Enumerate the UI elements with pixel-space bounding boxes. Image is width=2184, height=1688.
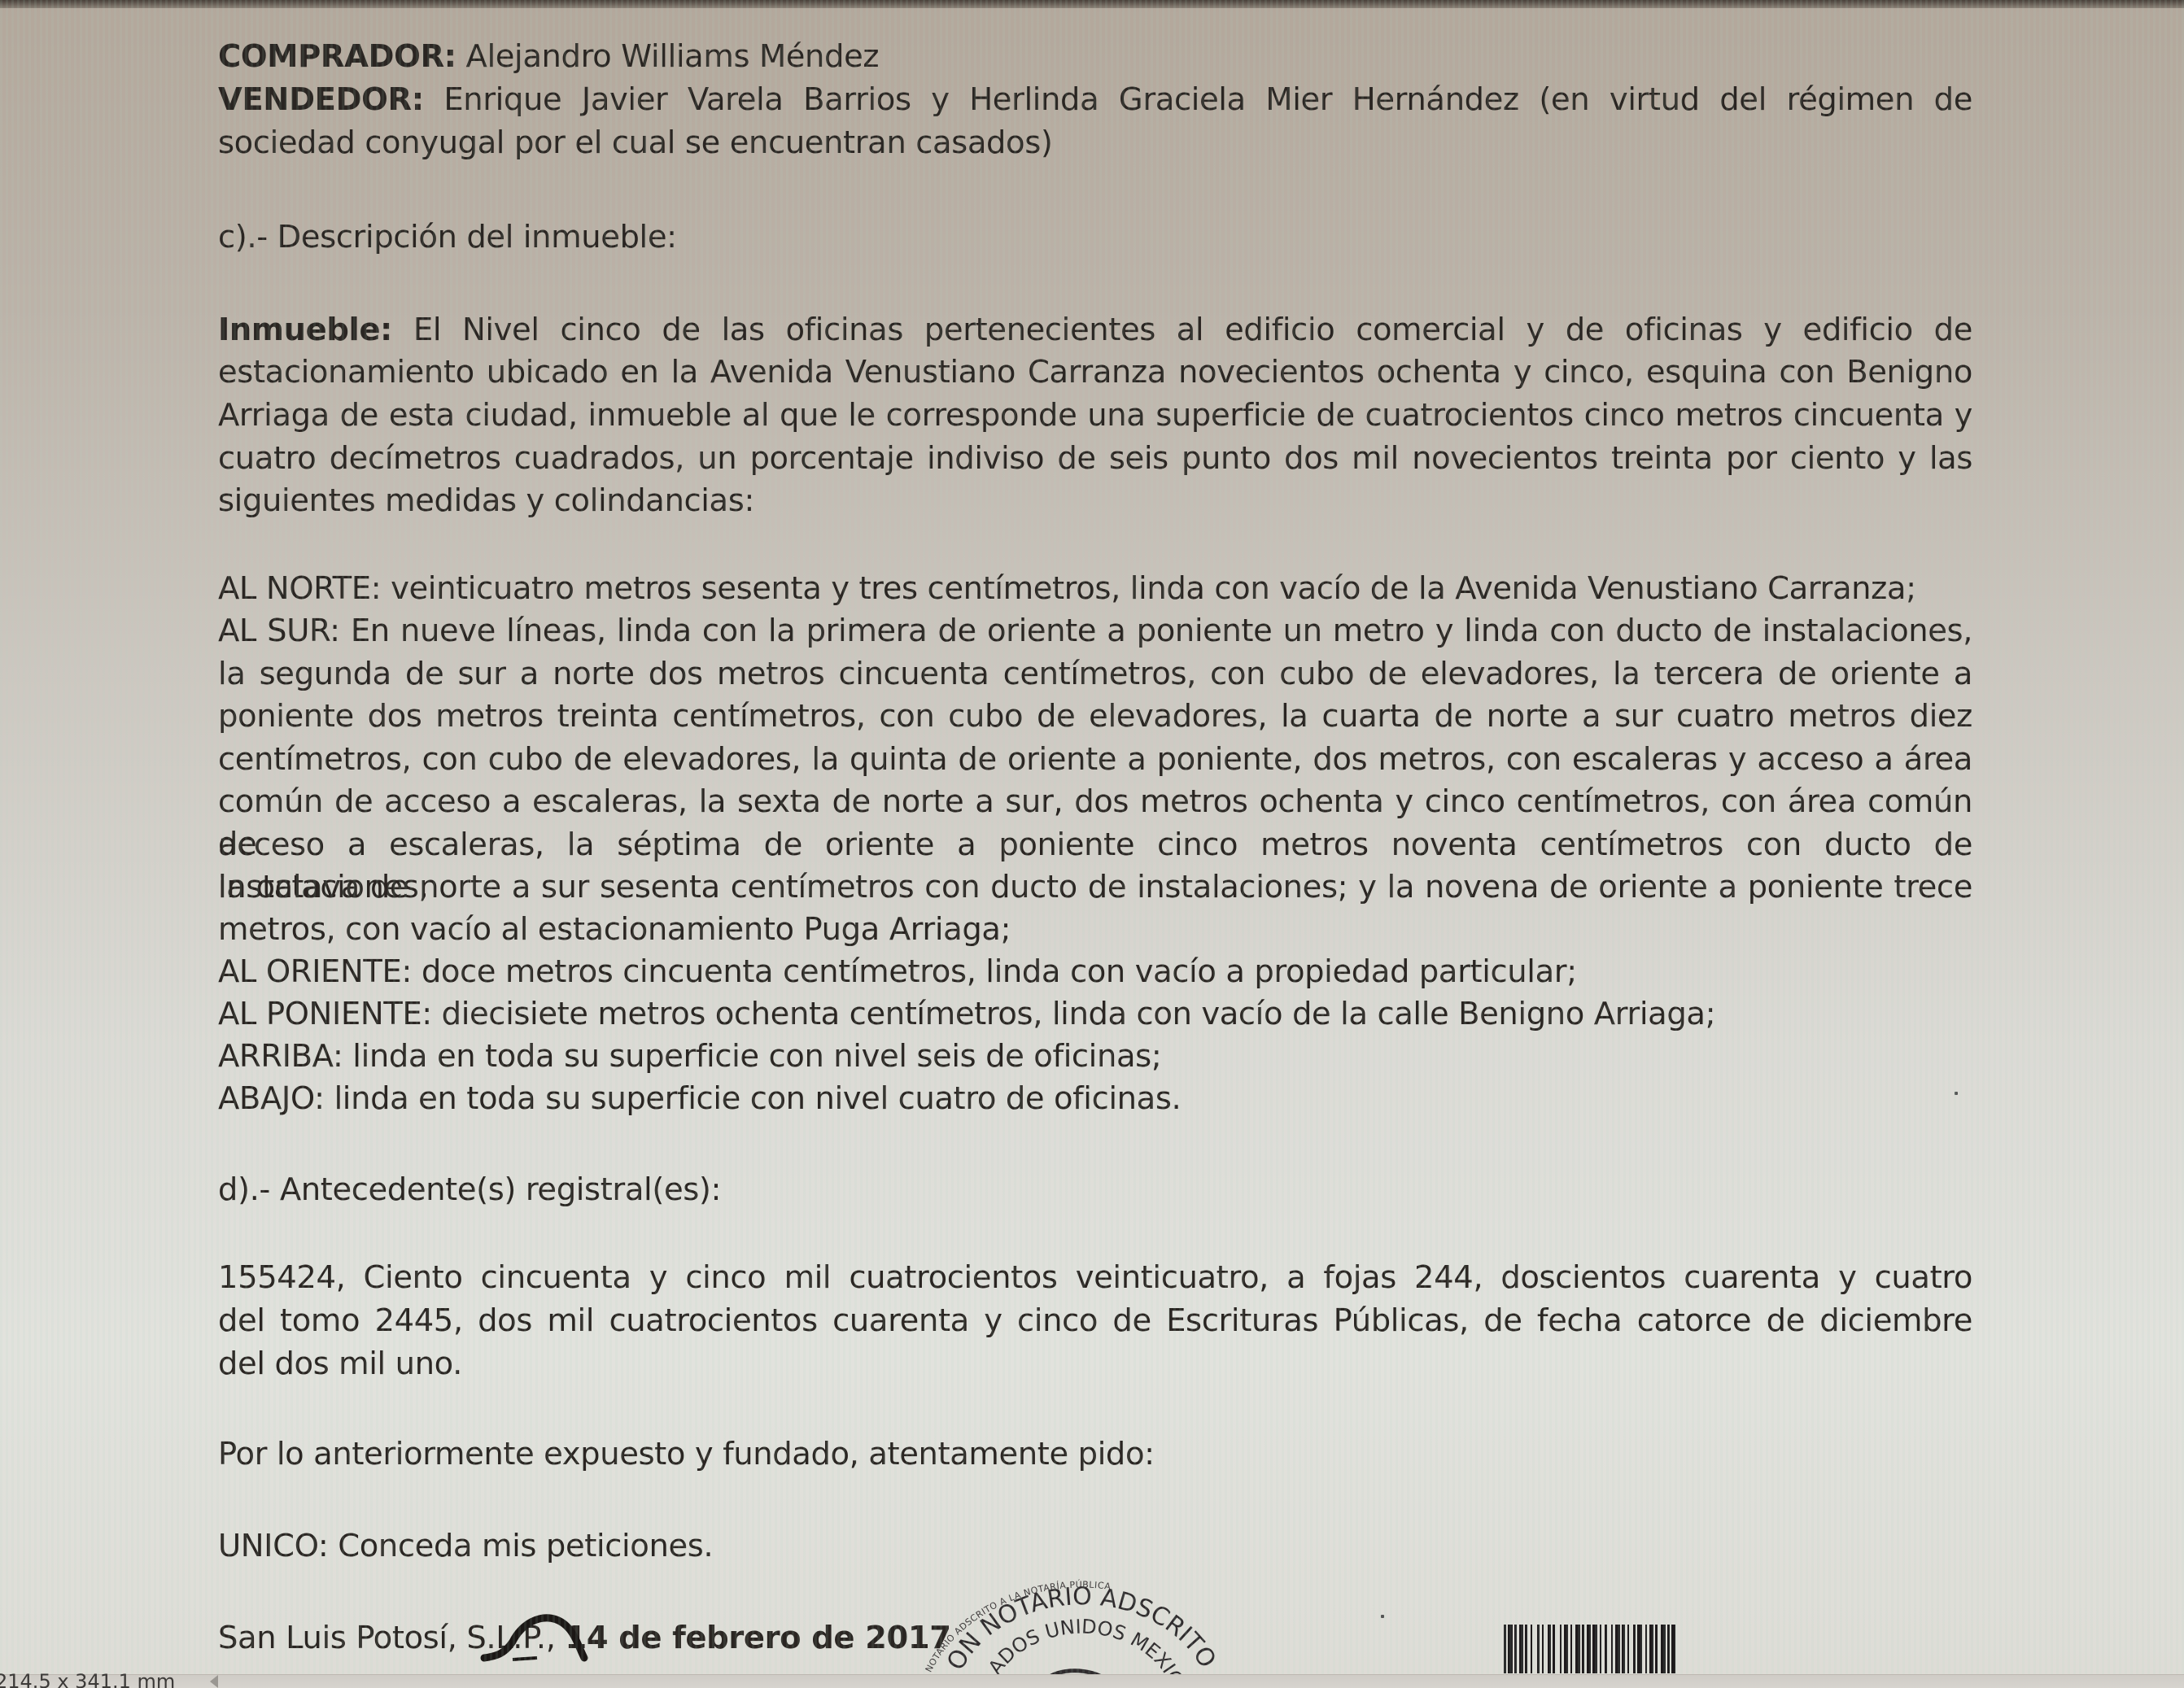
section-c-heading: c).- Descripción del inmueble:	[218, 216, 677, 259]
speck	[1381, 1615, 1384, 1618]
colindancia-sur-line-3: poniente dos metros treinta centímetros,…	[218, 696, 1972, 738]
colindancia-sur-line-2: la segunda de sur a norte dos metros cin…	[218, 653, 1972, 696]
antecedentes-line-2: del tomo 2445, dos mil cuatrocientos cua…	[218, 1300, 1972, 1342]
page-size-readout: 214.5 x 341.1 mm	[0, 1670, 175, 1688]
arriba-text: linda en toda su superficie con nivel se…	[343, 1038, 1161, 1075]
arriba-label: ARRIBA:	[218, 1038, 343, 1075]
colindancia-abajo: ABAJO: linda en toda su superficie con n…	[218, 1078, 1181, 1120]
comprador-label: COMPRADOR:	[218, 38, 456, 75]
colindancia-arriba: ARRIBA: linda en toda su superficie con …	[218, 1036, 1161, 1078]
inmueble-line-2: estacionamiento ubicado en la Avenida Ve…	[218, 351, 1972, 394]
colindancia-sur-line-1: AL SUR: En nueve líneas, linda con la pr…	[218, 610, 1972, 652]
barcode-bar	[1675, 1625, 1678, 1673]
vendedor-value: Enrique Javier Varela Barrios y Herlinda…	[424, 81, 1972, 118]
svg-text:ON NOTARIO ADSCRITO A L: ON NOTARIO ADSCRITO A L	[911, 1529, 1225, 1680]
oriente-text: doce metros cincuenta centímetros, linda…	[412, 953, 1577, 990]
colindancia-oriente: AL ORIENTE: doce metros cincuenta centím…	[218, 951, 1577, 993]
notary-stamp-icon: NOTARIO ADSCRITO A LA NOTARÍA PÚBLICA ON…	[911, 1529, 1253, 1684]
date-text: 14 de febrero de 2017	[565, 1620, 950, 1656]
inmueble-text: El Nivel cinco de las oficinas perteneci…	[392, 312, 1972, 348]
colindancia-sur-line-8: metros, con vacío al estacionamiento Pug…	[218, 909, 1011, 951]
colindancia-sur-line-4: centímetros, con cubo de elevadores, la …	[218, 739, 1972, 781]
scroll-left-arrow-icon[interactable]	[210, 1675, 218, 1688]
vendedor-label: VENDEDOR:	[218, 81, 424, 118]
closing-text: Por lo anteriormente expuesto y fundado,…	[218, 1433, 1155, 1476]
norte-label: AL NORTE:	[218, 570, 381, 607]
abajo-text: linda en toda su superficie con nivel cu…	[325, 1080, 1182, 1117]
oriente-label: AL ORIENTE:	[218, 953, 412, 990]
speck	[1955, 1092, 1958, 1095]
norte-text: veinticuatro metros sesenta y tres centí…	[381, 570, 1915, 607]
inmueble-label: Inmueble:	[218, 312, 392, 348]
monitor-bezel	[0, 0, 2184, 8]
poniente-text: diecisiete metros ochenta centímetros, l…	[432, 996, 1715, 1032]
colindancia-norte: AL NORTE: veinticuatro metros sesenta y …	[218, 568, 1916, 610]
poniente-label: AL PONIENTE:	[218, 996, 432, 1032]
inmueble-line-1: Inmueble: El Nivel cinco de las oficinas…	[218, 309, 1972, 351]
unico-text: UNICO: Conceda mis peticiones.	[218, 1525, 713, 1568]
vendedor-line-2: sociedad conyugal por el cual se encuent…	[218, 122, 1053, 164]
vendedor-line-1: VENDEDOR: Enrique Javier Varela Barrios …	[218, 79, 1972, 121]
barcode	[1504, 1625, 1878, 1673]
inmueble-line-4: cuatro decímetros cuadrados, un porcenta…	[218, 438, 1972, 480]
comprador-value: Alejandro Williams Méndez	[456, 38, 880, 75]
antecedentes-line-1: 155424, Ciento cincuenta y cinco mil cua…	[218, 1257, 1972, 1299]
sur-text: En nueve líneas, linda con la primera de…	[340, 613, 1972, 649]
status-bar: 214.5 x 341.1 mm	[0, 1674, 2184, 1688]
comprador-line: COMPRADOR: Alejandro Williams Méndez	[218, 36, 879, 78]
sur-label: AL SUR:	[218, 613, 340, 649]
colindancia-poniente: AL PONIENTE: diecisiete metros ochenta c…	[218, 993, 1715, 1036]
signature-scribble-icon	[480, 1609, 618, 1666]
colindancia-sur-line-7: la octava de norte a sur sesenta centíme…	[218, 866, 1972, 909]
inmueble-line-5: siguientes medidas y colindancias:	[218, 480, 754, 522]
section-d-heading: d).- Antecedente(s) registral(es):	[218, 1169, 721, 1211]
antecedentes-line-3: del dos mil uno.	[218, 1343, 462, 1385]
abajo-label: ABAJO:	[218, 1080, 325, 1117]
inmueble-line-3: Arriaga de esta ciudad, inmueble al que …	[218, 395, 1972, 437]
